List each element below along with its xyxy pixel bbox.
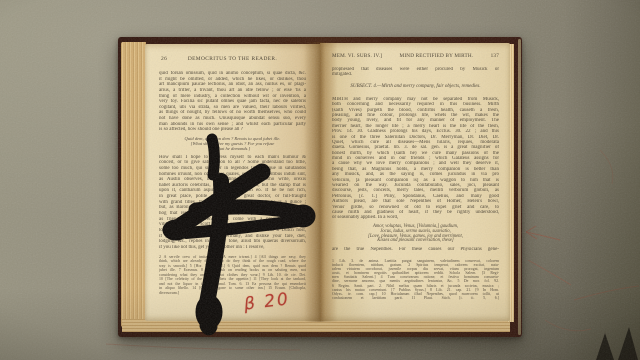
text-line: What he demands.] (159, 146, 306, 151)
text-line: dine, sermone amoeno, qua mentis aegritu… (332, 279, 499, 283)
text-line: is so affected, how should one please al… (159, 127, 306, 133)
page-edge-stack-left (121, 42, 146, 327)
right-page-number: 137 (491, 53, 499, 59)
left-page: 26 DEMOCRITUS TO THE READER. quid forsan… (145, 44, 320, 321)
right-section-ref: MEM. VI. SUBS. IV.] (332, 53, 382, 59)
text-line: quid forsan omissum, quid in animo conce… (159, 71, 306, 77)
text-line: Authors plead, are that sole Nepenthes o… (332, 199, 499, 204)
right-running-header: MEM. VI. SUBS. IV.] MIND RECTIFIED BY MI… (332, 53, 499, 59)
right-intro: prophesied that diseases were either pro… (332, 67, 499, 78)
left-running-header: 26 DEMOCRITUS TO THE READER. (159, 56, 306, 62)
text-line: confusionem et laetitiam parit. 11 Plaut… (332, 296, 499, 300)
text-line: Prov. 14. 30. Gladness prolongs his days… (332, 129, 499, 134)
text-line: mitigated. (332, 72, 499, 77)
right-body: MIRTH and merry company may not be separ… (332, 97, 499, 221)
right-footnotes: 1 Lib. 3. de anima. Laetitia purgat sang… (332, 259, 499, 300)
text-line: any musick, and, as the saying is, comes… (332, 172, 499, 177)
text-line: think, which are already done ; nor do t… (159, 259, 306, 264)
text-line: not have done as much. Unusquisque abund… (159, 116, 306, 122)
text-line: in great place, polite and brave, a grea… (159, 194, 306, 200)
text-line: diaeta. Gomesius, praefat. lib. 3. de sa… (332, 145, 499, 150)
text-line: both concerning and necessarily required… (332, 102, 499, 107)
left-quote-block: Quid dem, quid non dem ? Renuis tu quod … (159, 136, 306, 152)
left-header-title: DEMOCRITUS TO THE READER. (159, 56, 306, 62)
book-cover-edge (518, 39, 521, 335)
text-line: as Austin observes, not regarding what, … (159, 177, 306, 183)
text-line: if you like not this, get you to another… (159, 245, 306, 251)
text-line: hog that rejects any man for his poverty… (159, 211, 306, 217)
text-line: to gather poison. What shall I do in thi… (159, 228, 306, 234)
text-line: arius, a trifler, a trivant, thou art an… (159, 88, 306, 94)
left-paragraph-2: How shall I hope to express myself to ea… (159, 155, 306, 251)
text-line: very toy. Facilia sic putant omnes quae … (159, 99, 306, 105)
text-line: prophesied that diseases were either pro… (332, 67, 499, 72)
book: 26 DEMOCRITUS TO THE READER. quid forsan… (118, 37, 522, 337)
left-page-number: 26 (161, 56, 167, 62)
text-line: some too much, qui similiter in legendos… (159, 166, 306, 172)
right-page: MEM. VI. SUBS. IV.] MIND RECTIFIED BY MI… (320, 43, 510, 321)
text-line: or seasonably applied. In a word, (332, 215, 499, 220)
right-header-title: MIND RECTIFIED BY MIRTH. (400, 53, 474, 59)
concrete-surface: 26 DEMOCRITUS TO THE READER. quid forsan… (0, 0, 640, 360)
subsection-heading: SUBSECT. 4.—Mirth and merry company, fai… (332, 84, 499, 90)
text-line: body young, lively, and fit for any mann… (332, 118, 499, 123)
text-line: 10 [The celebrity of the author whets th… (159, 277, 306, 282)
right-closing-line: are the true Nepenthes. For these causes… (332, 247, 499, 252)
right-verse-block: Amor, voluptas, Venus, [Volumnia,] gaudi… (332, 225, 499, 245)
text-line: Kisses and pleasant conversation, these] (332, 239, 499, 244)
text-line: jubet ille. 7 Erasmus. 8 [They rush on r… (159, 268, 306, 273)
left-paragraph-1: quid forsan omissum, quid in animo conce… (159, 71, 306, 133)
